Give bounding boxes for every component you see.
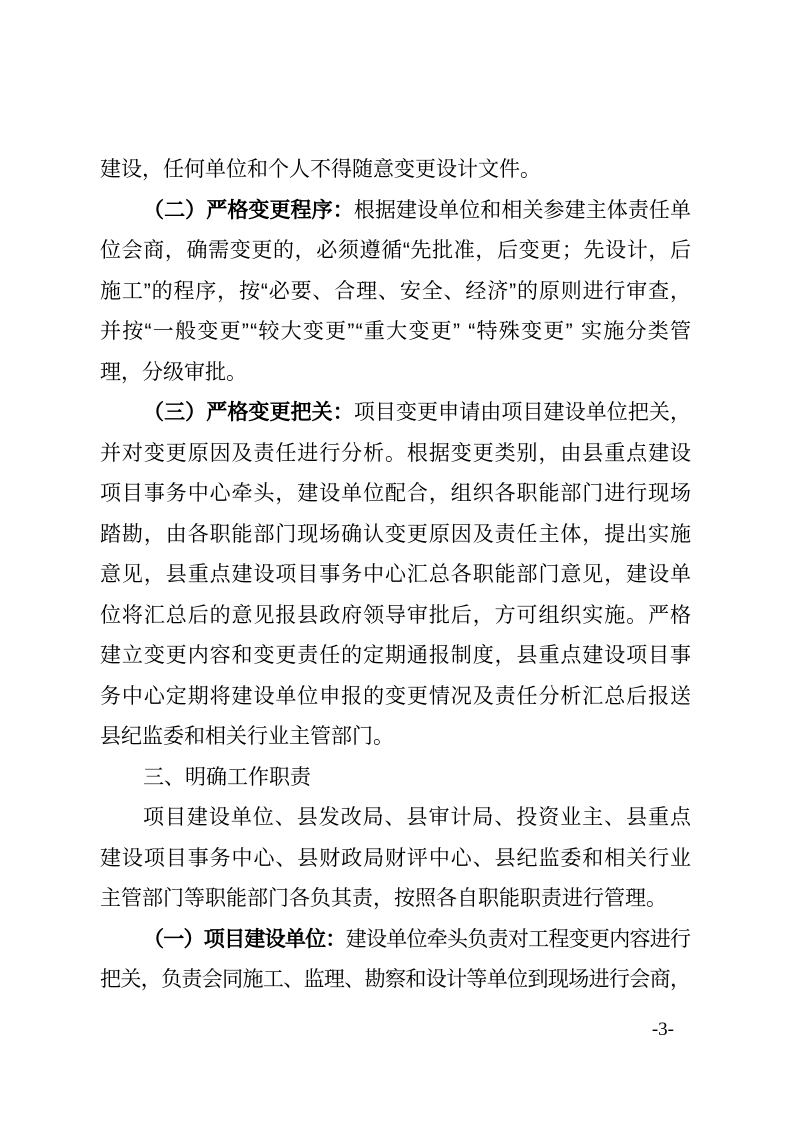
body-text: 并按“一般变更”“较大变更”“重大变更” “特殊变更” 实施分类管	[100, 320, 692, 343]
heading-section-three-clarify-duties-line-1: 三、明确工作职责	[100, 758, 691, 799]
body-text: 位会商，确需变更的，必须遵循“先批准，后变更；先设计，后	[100, 239, 692, 262]
document-page: 建设，任何单位和个人不得随意变更设计文件。（二）严格变更程序：根据建设单位和相关…	[0, 0, 793, 1122]
body-text: 三、明确工作职责	[143, 766, 311, 789]
bold-lead-in: （三）严格变更把关：	[143, 401, 354, 424]
body-text: 建立变更内容和变更责任的定期通报制度，县重点建设项目事	[100, 644, 692, 667]
para-departments-responsibilities-line-2: 建设项目事务中心、县财政局财评中心、县纪监委和相关行业	[100, 839, 691, 880]
para-continued-from-previous-page-line-1: 建设，任何单位和个人不得随意变更设计文件。	[100, 150, 691, 191]
bold-lead-in: （二）严格变更程序：	[143, 199, 354, 222]
bold-lead-in: （一）项目建设单位：	[143, 928, 346, 951]
body-text: 把关，负责会同施工、监理、勘察和设计等单位到现场进行会商，	[100, 968, 690, 991]
text-block: 建设，任何单位和个人不得随意变更设计文件。（二）严格变更程序：根据建设单位和相关…	[100, 150, 691, 1001]
para-strict-change-gatekeeping-line-9: 县纪监委和相关行业主管部门。	[100, 717, 691, 758]
body-text: 根据建设单位和相关参建主体责任单	[354, 199, 691, 222]
para-strict-change-gatekeeping-line-5: 意见，县重点建设项目事务中心汇总各职能部门意见，建设单	[100, 555, 691, 596]
page-number: -3-	[652, 1019, 674, 1041]
body-text: 位将汇总后的意见报县政府领导审批后，方可组织实施。严格	[100, 604, 692, 627]
para-departments-responsibilities-line-1: 项目建设单位、县发改局、县审计局、投资业主、县重点	[100, 798, 691, 839]
para-strict-change-gatekeeping-line-8: 务中心定期将建设单位申报的变更情况及责任分析汇总后报送	[100, 677, 691, 718]
body-text: 项目建设单位、县发改局、县审计局、投资业主、县重点	[143, 806, 692, 829]
body-text: 踏勘，由各职能部门现场确认变更原因及责任主体，提出实施	[100, 523, 692, 546]
body-text: 务中心定期将建设单位申报的变更情况及责任分析汇总后报送	[100, 685, 692, 708]
body-text: 项目事务中心牵头，建设单位配合，组织各职能部门进行现场	[100, 482, 692, 505]
body-text: 理，分级审批。	[100, 361, 247, 384]
para-strict-change-procedure-line-3: 施工”的程序，按“必要、合理、安全、经济”的原则进行审查，	[100, 272, 691, 313]
body-text: 建设项目事务中心、县财政局财评中心、县纪监委和相关行业	[100, 847, 692, 870]
para-strict-change-gatekeeping-line-4: 踏勘，由各职能部门现场确认变更原因及责任主体，提出实施	[100, 515, 691, 556]
para-strict-change-gatekeeping-line-6: 位将汇总后的意见报县政府领导审批后，方可组织实施。严格	[100, 596, 691, 637]
body-text: 主管部门等职能部门各负其责，按照各自职能职责进行管理。	[100, 887, 667, 910]
body-text: 县纪监委和相关行业主管部门。	[100, 725, 394, 748]
para-strict-change-procedure-line-1: （二）严格变更程序：根据建设单位和相关参建主体责任单	[100, 191, 691, 232]
para-project-construction-unit-line-1: （一）项目建设单位：建设单位牵头负责对工程变更内容进行	[100, 920, 691, 961]
para-strict-change-gatekeeping-line-7: 建立变更内容和变更责任的定期通报制度，县重点建设项目事	[100, 636, 691, 677]
body-text: 建设，任何单位和个人不得随意变更设计文件。	[100, 158, 541, 181]
body-text: 施工”的程序，按“必要、合理、安全、经济”的原则进行审查，	[100, 280, 692, 303]
para-strict-change-gatekeeping-line-2: 并对变更原因及责任进行分析。根据变更类别，由县重点建设	[100, 434, 691, 475]
body-text: 项目变更申请由项目建设单位把关，	[354, 401, 691, 424]
para-departments-responsibilities-line-3: 主管部门等职能部门各负其责，按照各自职能职责进行管理。	[100, 879, 691, 920]
para-strict-change-gatekeeping-line-3: 项目事务中心牵头，建设单位配合，组织各职能部门进行现场	[100, 474, 691, 515]
body-text: 意见，县重点建设项目事务中心汇总各职能部门意见，建设单	[100, 563, 692, 586]
para-project-construction-unit-line-2: 把关，负责会同施工、监理、勘察和设计等单位到现场进行会商，	[100, 960, 691, 1001]
body-text: 并对变更原因及责任进行分析。根据变更类别，由县重点建设	[100, 442, 692, 465]
para-strict-change-procedure-line-4: 并按“一般变更”“较大变更”“重大变更” “特殊变更” 实施分类管	[100, 312, 691, 353]
para-strict-change-gatekeeping-line-1: （三）严格变更把关：项目变更申请由项目建设单位把关，	[100, 393, 691, 434]
para-strict-change-procedure-line-2: 位会商，确需变更的，必须遵循“先批准，后变更；先设计，后	[100, 231, 691, 272]
para-strict-change-procedure-line-5: 理，分级审批。	[100, 353, 691, 394]
body-text: 建设单位牵头负责对工程变更内容进行	[346, 928, 691, 951]
